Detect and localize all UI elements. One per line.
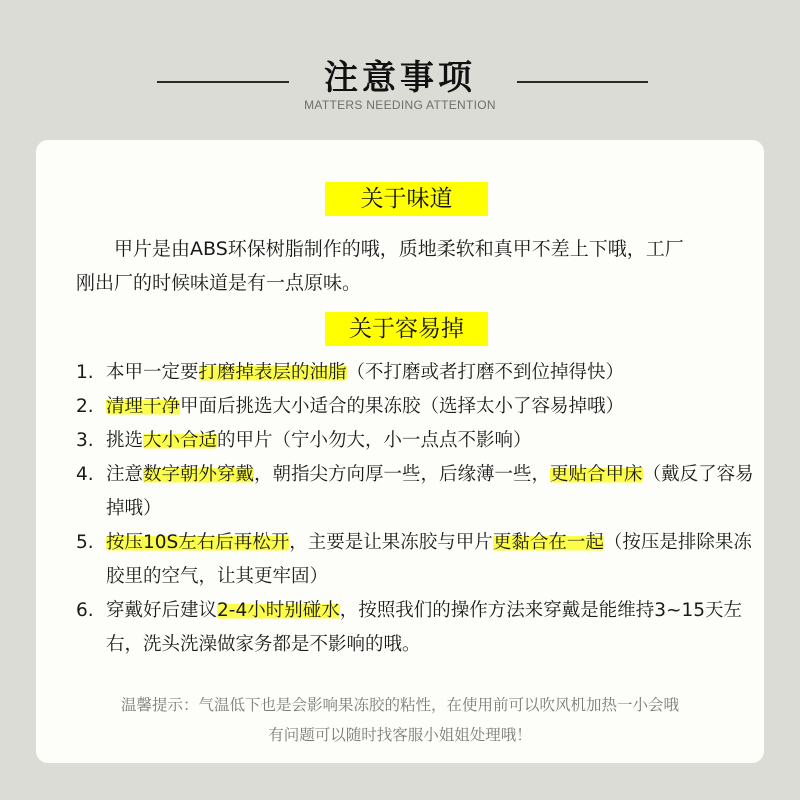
list-item: 3. 挑选大小合适的甲片（宁小勿大，小一点点不影响） xyxy=(76,424,756,458)
title-divider-right xyxy=(517,81,648,83)
highlighted-text: 大小合适 xyxy=(143,430,217,451)
item-text: 挑选 xyxy=(106,430,143,451)
highlighted-text: 清理干净 xyxy=(106,396,180,417)
page-subtitle: MATTERS NEEDING ATTENTION xyxy=(0,98,800,112)
list-item: 4. 注意数字朝外穿戴，朝指尖方向厚一些，后缘薄一些，更贴合甲床（戴反了容易掉哦… xyxy=(76,458,756,526)
item-number: 4. xyxy=(76,458,94,492)
tips-list: 1. 本甲一定要打磨掉表层的油脂（不打磨或者打磨不到位掉得快） 2. 清理干净甲… xyxy=(76,356,756,662)
item-text: （不打磨或者打磨不到位掉得快） xyxy=(347,362,625,383)
item-text: ，主要是让果冻胶与甲片 xyxy=(289,532,493,553)
item-number: 5. xyxy=(76,526,94,560)
page-header: 注意事项 MATTERS NEEDING ATTENTION xyxy=(0,0,800,130)
page-title: 注意事项 xyxy=(0,56,800,100)
list-item: 1. 本甲一定要打磨掉表层的油脂（不打磨或者打磨不到位掉得快） xyxy=(76,356,756,390)
item-number: 2. xyxy=(76,390,94,424)
smell-paragraph-line1: 甲片是由ABS环保树脂制作的哦，质地柔软和真甲不差上下哦，工厂 xyxy=(76,232,726,266)
highlighted-text: 按压10S左右后再松开 xyxy=(106,532,289,553)
item-text: 注意 xyxy=(106,464,143,485)
highlighted-text: 更黏合在一起 xyxy=(493,532,604,553)
item-text: ，朝指尖方向厚一些，后缘薄一些， xyxy=(254,464,550,485)
highlighted-text: 更贴合甲床 xyxy=(550,464,643,485)
item-text: 本甲一定要 xyxy=(106,362,199,383)
list-item: 2. 清理干净甲面后挑选大小适合的果冻胶（选择太小了容易掉哦） xyxy=(76,390,756,424)
item-text: 甲面后挑选大小适合的果冻胶（选择太小了容易掉哦） xyxy=(180,396,624,417)
list-item: 6. 穿戴好后建议2-4小时别碰水，按照我们的操作方法来穿戴是能维持3~15天左… xyxy=(76,594,756,662)
item-text: 穿戴好后建议 xyxy=(106,600,217,621)
warm-tip-line1: 温馨提示：气温低下也是会影响果冻胶的粘性，在使用前可以吹风机加热一小会哦 xyxy=(36,690,764,720)
warm-tip-line2: 有问题可以随时找客服小姐姐处理哦！ xyxy=(36,720,764,750)
highlighted-text: 数字朝外穿戴 xyxy=(143,464,254,485)
item-number: 3. xyxy=(76,424,94,458)
smell-paragraph-line2: 刚出厂的时候味道是有一点原味。 xyxy=(76,266,726,300)
section-title-smell: 关于味道 xyxy=(325,182,488,216)
section-title-falling-off: 关于容易掉 xyxy=(325,312,488,346)
highlighted-text: 2-4小时别碰水 xyxy=(217,600,340,621)
list-item: 5. 按压10S左右后再松开，主要是让果冻胶与甲片更黏合在一起（按压是排除果冻胶… xyxy=(76,526,756,594)
item-number: 1. xyxy=(76,356,94,390)
highlighted-text: 打磨掉表层的油脂 xyxy=(199,362,347,383)
item-text: 的甲片（宁小勿大，小一点点不影响） xyxy=(217,430,532,451)
notice-card: 关于味道 甲片是由ABS环保树脂制作的哦，质地柔软和真甲不差上下哦，工厂 刚出厂… xyxy=(36,140,764,763)
item-number: 6. xyxy=(76,594,94,628)
